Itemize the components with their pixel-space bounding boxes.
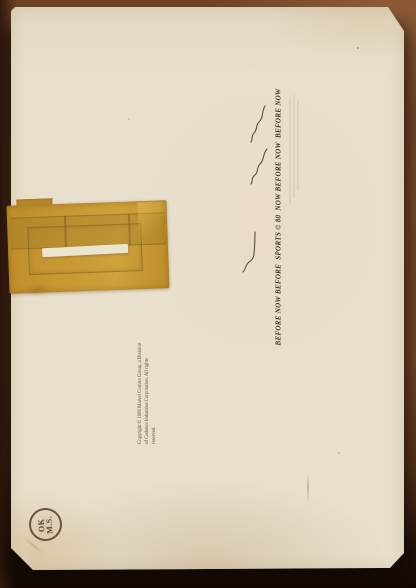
paper-speck — [338, 452, 340, 454]
copyright-line: reserved. — [151, 342, 158, 444]
paper-speck — [357, 47, 359, 49]
tape-corner-highlight — [137, 201, 166, 244]
copyright-line: Copyright © 1980 Marvel Comics Group, a … — [137, 342, 144, 444]
copyright-line: of Cadence Industries Corporation. All r… — [144, 342, 151, 444]
printed-label-column: BEFORE NOW BEFORE SPORTS © 80 NOW BEFORE… — [274, 110, 285, 346]
paper-crease — [307, 474, 309, 504]
approval-stamp: OK M.S. — [29, 508, 62, 541]
stamp-line-initials: M.S. — [45, 515, 54, 534]
copyright-notice: Copyright © 1980 Marvel Comics Group, a … — [137, 342, 159, 444]
masking-tape-patch — [7, 200, 170, 294]
photo-of-document: { "document": { "label_column": "BEFORE … — [0, 0, 416, 588]
stamp-text: OK M.S. — [37, 515, 54, 534]
tape-stain — [24, 282, 53, 296]
paper-speck — [128, 118, 130, 120]
